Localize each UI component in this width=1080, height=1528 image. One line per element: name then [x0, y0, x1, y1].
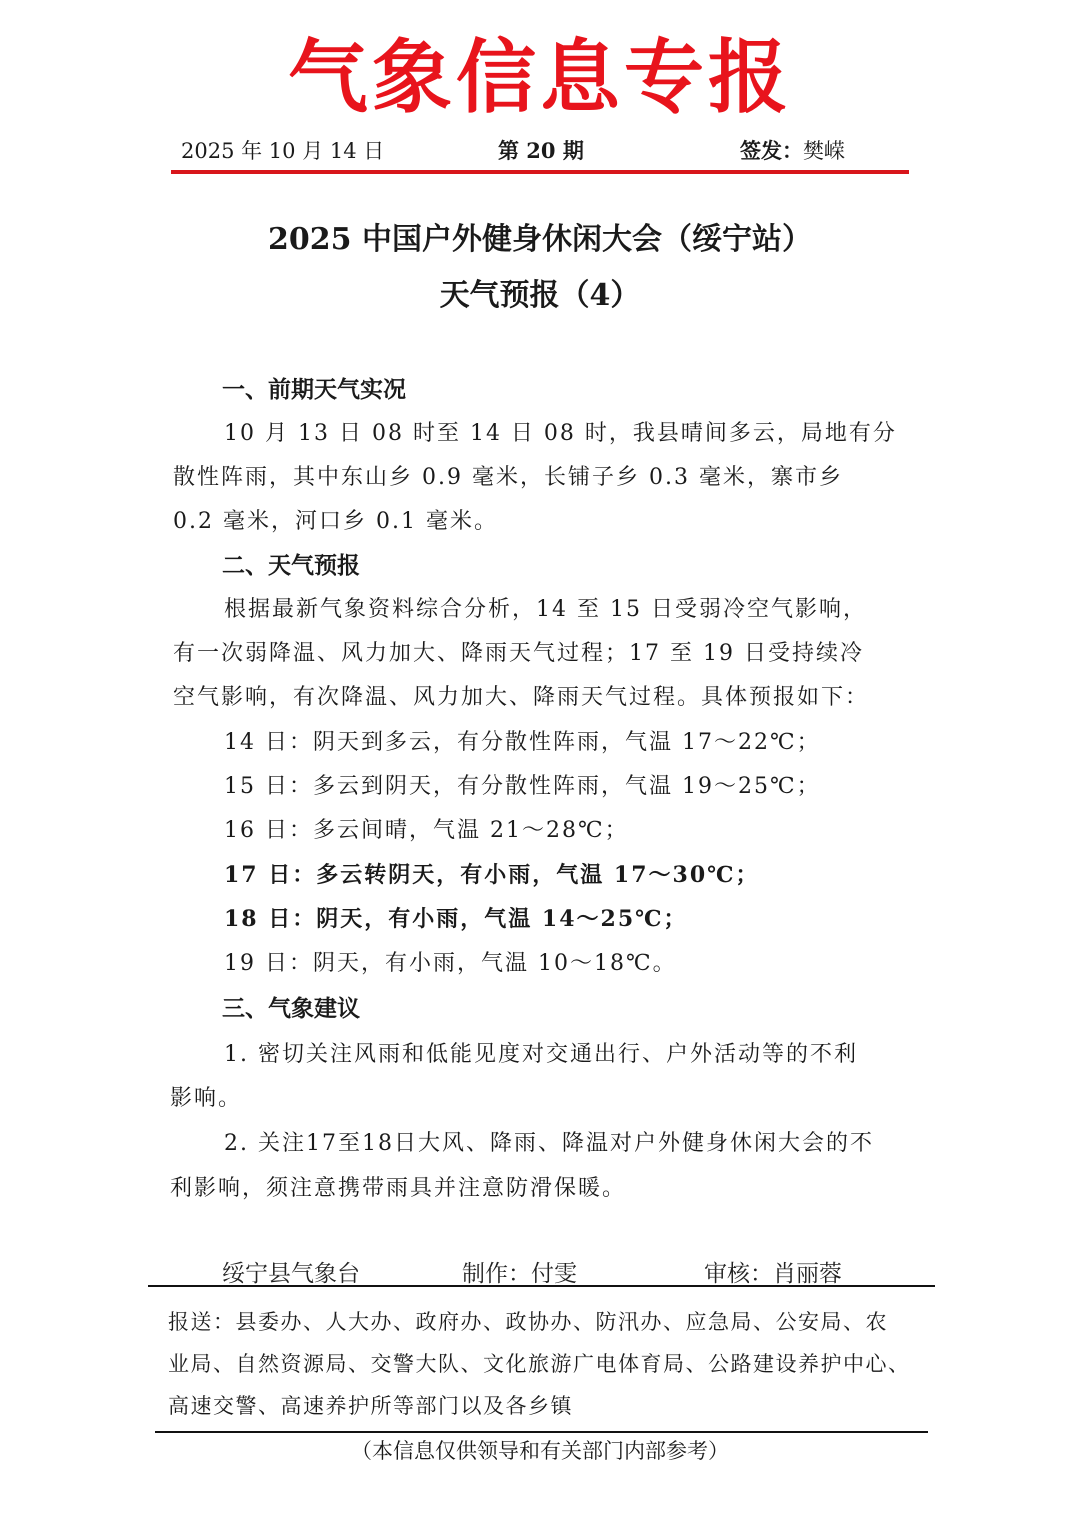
paragraph-line: 0.2 毫米，河口乡 0.1 毫米。 [173, 506, 498, 538]
section-heading-forecast: 二、天气预报 [222, 550, 360, 582]
distribution-line: 业局、自然资源局、交警大队、文化旅游广电体育局、公路建设养护中心、 [168, 1349, 911, 1379]
forecast-day-17: 17 日：多云转阴天，有小雨，气温 17～30℃； [224, 859, 760, 891]
red-divider [171, 170, 909, 174]
footer-divider [148, 1285, 935, 1287]
advice-line: 利影响，须注意携带雨具并注意防滑保暖。 [170, 1173, 626, 1205]
forecast-day-16: 16 日：多云间晴，气温 21～28℃； [224, 815, 629, 847]
internal-reference-note: （本信息仅供领导和有关部门内部参考） [0, 1436, 1080, 1466]
forecast-day-18: 18 日：阴天，有小雨，气温 14～25℃； [224, 903, 688, 935]
paragraph-line: 空气影响，有次降温、风力加大、降雨天气过程。具体预报如下： [173, 682, 869, 714]
signer-label: 签发： [740, 138, 803, 163]
signer-name: 樊嵘 [803, 139, 845, 163]
document-title-line2: 天气预报（4） [0, 276, 1080, 316]
bottom-divider [155, 1431, 928, 1433]
document-title-line1: 2025 中国户外健身休闲大会（绥宁站） [0, 220, 1080, 260]
paragraph-line: 10 月 13 日 08 时至 14 日 08 时，我县晴间多云，局地有分 [224, 418, 897, 450]
signer: 签发：樊嵘 [740, 136, 845, 166]
forecast-day-19: 19 日：阴天，有小雨，气温 10～18℃。 [224, 948, 677, 980]
issue-number: 第 20 期 [498, 136, 584, 166]
advice-line: 2. 关注17至18日大风、降雨、降温对户外健身休闲大会的不 [224, 1128, 874, 1160]
issue-date: 2025 年 10 月 14 日 [181, 136, 384, 166]
paragraph-line: 根据最新气象资料综合分析，14 至 15 日受弱冷空气影响， [224, 594, 867, 626]
distribution-line: 高速交警、高速养护所等部门以及各乡镇 [168, 1391, 573, 1421]
forecast-day-14: 14 日：阴天到多云，有分散性阵雨，气温 17～22℃； [224, 727, 821, 759]
advice-line: 1. 密切关注风雨和低能见度对交通出行、户外活动等的不利 [224, 1039, 858, 1071]
distribution-line: 报送：县委办、人大办、政府办、政协办、防汛办、应急局、公安局、农 [168, 1307, 888, 1337]
forecast-day-15: 15 日：多云到阴天，有分散性阵雨，气温 19～25℃； [224, 771, 821, 803]
advice-line: 影响。 [170, 1083, 242, 1115]
masthead-title: 气象信息专报 [0, 28, 1080, 128]
paragraph-line: 有一次弱降温、风力加大、降雨天气过程；17 至 19 日受持续冷 [173, 638, 864, 670]
paragraph-line: 散性阵雨，其中东山乡 0.9 毫米，长铺子乡 0.3 毫米，寨市乡 [173, 462, 843, 494]
section-heading-advice: 三、气象建议 [222, 993, 360, 1025]
section-heading-observations: 一、前期天气实况 [222, 374, 406, 406]
